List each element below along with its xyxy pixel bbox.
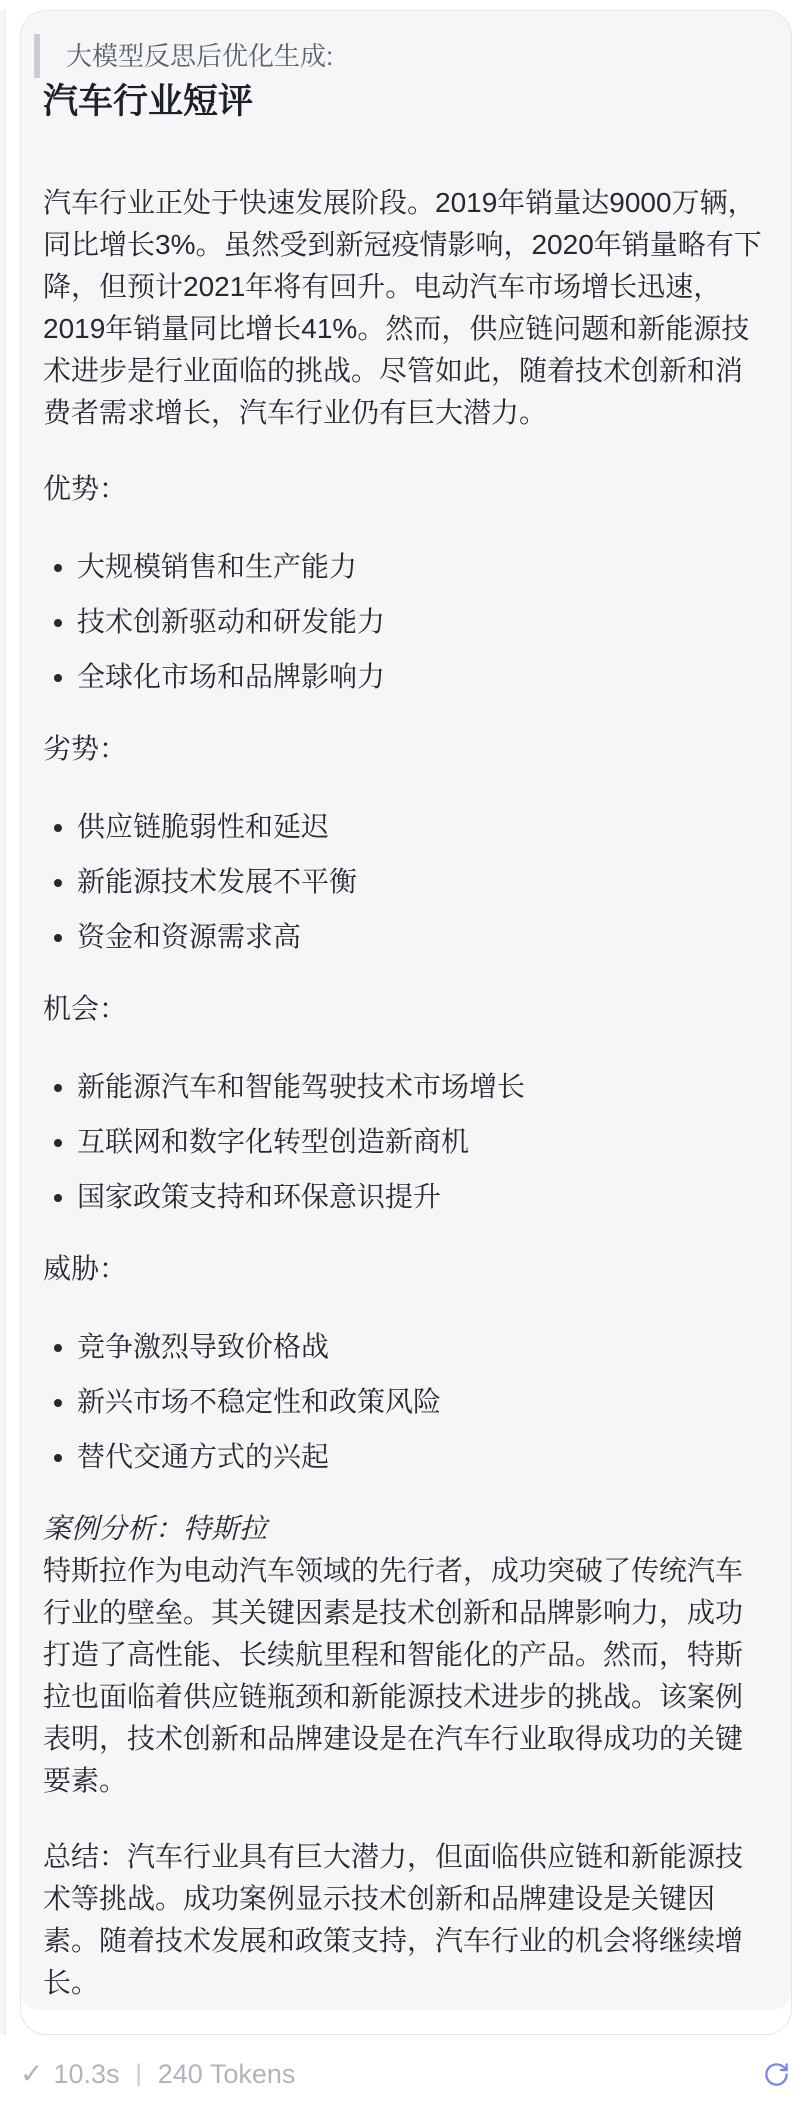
adjacent-card-edge (0, 10, 6, 2035)
intro-paragraph: 汽车行业正处于快速发展阶段。2019年销量达9000万辆，同比增长3%。虽然受到… (43, 182, 769, 434)
opportunities-list: 新能源汽车和智能驾驶技术市场增长互联网和数字化转型创造新商机国家政策支持和环保意… (43, 1066, 769, 1218)
list-item: 供应链脆弱性和延迟 (77, 806, 769, 848)
separator: | (136, 2059, 142, 2089)
summary-paragraph: 总结：汽车行业具有巨大潜力，但面临供应链和新能源技术等挑战。成功案例显示技术创新… (43, 1836, 769, 2006)
tokens-label: 240 Tokens (158, 2059, 296, 2089)
case-study: 案例分析：特斯拉特斯拉作为电动汽车领域的先行者，成功突破了传统汽车行业的壁垒。其… (43, 1508, 769, 1802)
list-item: 全球化市场和品牌影响力 (77, 656, 769, 698)
check-icon: ✓ (20, 2059, 43, 2089)
generation-note: 大模型反思后优化生成: (34, 34, 769, 78)
list-item: 资金和资源需求高 (77, 916, 769, 958)
content-row: 大模型反思后优化生成: 汽车行业短评 汽车行业正处于快速发展阶段。2019年销量… (0, 0, 804, 2035)
section-label-threats: 威胁： (43, 1248, 769, 1290)
section-label-weaknesses: 劣势： (43, 728, 769, 770)
threats-list: 竞争激烈导致价格战新兴市场不稳定性和政策风险替代交通方式的兴起 (43, 1326, 769, 1478)
list-item: 国家政策支持和环保意识提升 (77, 1176, 769, 1218)
weaknesses-list: 供应链脆弱性和延迟新能源技术发展不平衡资金和资源需求高 (43, 806, 769, 958)
list-item: 技术创新驱动和研发能力 (77, 601, 769, 643)
status-bar: ✓ 10.3s | 240 Tokens (20, 2059, 792, 2089)
list-item: 互联网和数字化转型创造新商机 (77, 1121, 769, 1163)
strengths-list: 大规模销售和生产能力技术创新驱动和研发能力全球化市场和品牌影响力 (43, 546, 769, 698)
list-item: 替代交通方式的兴起 (77, 1436, 769, 1478)
section-label-strengths: 优势： (43, 468, 769, 510)
duration-label: 10.3s (53, 2059, 119, 2089)
result-card-body: 大模型反思后优化生成: 汽车行业短评 汽车行业正处于快速发展阶段。2019年销量… (21, 11, 791, 2010)
section-label-opportunities: 机会： (43, 988, 769, 1030)
list-item: 竞争激烈导致价格战 (77, 1326, 769, 1368)
list-item: 大规模销售和生产能力 (77, 546, 769, 588)
refresh-button[interactable] (762, 2060, 790, 2088)
result-card: 大模型反思后优化生成: 汽车行业短评 汽车行业正处于快速发展阶段。2019年销量… (20, 10, 792, 2035)
list-item: 新能源技术发展不平衡 (77, 861, 769, 903)
article-title: 汽车行业短评 (43, 78, 769, 126)
case-study-heading: 案例分析：特斯拉 (43, 1513, 267, 1544)
generation-note-label: 大模型反思后优化生成: (66, 41, 333, 71)
refresh-icon (763, 2061, 790, 2088)
list-item: 新能源汽车和智能驾驶技术市场增长 (77, 1066, 769, 1108)
list-item: 新兴市场不稳定性和政策风险 (77, 1381, 769, 1423)
case-study-body: 特斯拉作为电动汽车领域的先行者，成功突破了传统汽车行业的壁垒。其关键因素是技术创… (43, 1555, 743, 1796)
